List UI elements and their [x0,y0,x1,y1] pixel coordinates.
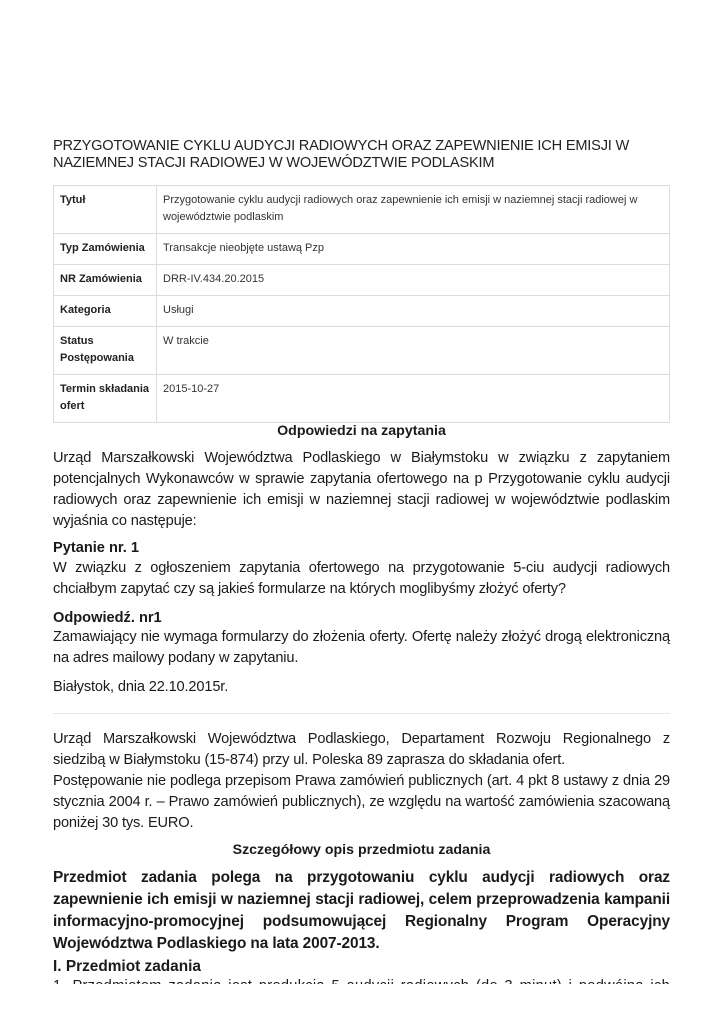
section-1-item-1-clipped: 1. Przedmiotem zadania jest produkcja 5 … [53,976,670,984]
row-value-order-type: Transakcje nieobjęte ustawą Pzp [157,234,670,265]
place-date: Białystok, dnia 22.10.2015r. [53,677,670,698]
answers-intro: Urząd Marszałkowski Województwa Podlaski… [53,448,670,532]
row-label-deadline: Termin składania ofert [54,375,157,423]
section-1-heading: I. Przedmiot zadania [53,958,201,976]
invitation-paragraph-2: Postępowanie nie podlega przepisom Prawa… [53,771,670,834]
row-label-category: Kategoria [54,296,157,327]
description-heading: Szczegółowy opis przedmiotu zadania [53,842,670,858]
table-row: Kategoria Usługi [54,296,670,327]
section-1-item-1-text: 1. Przedmiotem zadania jest produkcja 5 … [53,976,670,984]
row-label-title: Tytuł [54,186,157,234]
table-row: Tytuł Przygotowanie cyklu audycji radiow… [54,186,670,234]
section-divider [53,713,670,714]
table-row: Status Postępowania W trakcie [54,327,670,375]
question-text: W związku z ogłoszeniem zapytania oferto… [53,558,670,600]
answer-label: Odpowiedź. nr1 [53,610,162,626]
row-value-order-number: DRR-IV.434.20.2015 [157,265,670,296]
row-label-order-type: Typ Zamówienia [54,234,157,265]
row-value-category: Usługi [157,296,670,327]
row-label-order-number: NR Zamówienia [54,265,157,296]
answer-text: Zamawiający nie wymaga formularzy do zło… [53,627,670,669]
table-row: Typ Zamówienia Transakcje nieobjęte usta… [54,234,670,265]
document-title: PRZYGOTOWANIE CYKLU AUDYCJI RADIOWYCH OR… [53,138,670,172]
answers-heading: Odpowiedzi na zapytania [53,423,670,439]
question-label: Pytanie nr. 1 [53,540,139,556]
row-value-status: W trakcie [157,327,670,375]
procurement-details-table: Tytuł Przygotowanie cyklu audycji radiow… [53,185,670,423]
table-row: Termin składania ofert 2015-10-27 [54,375,670,423]
invitation-paragraph-1: Urząd Marszałkowski Województwa Podlaski… [53,729,670,771]
description-lead: Przedmiot zadania polega na przygotowani… [53,867,670,955]
row-value-deadline: 2015-10-27 [157,375,670,423]
row-label-status: Status Postępowania [54,327,157,375]
table-row: NR Zamówienia DRR-IV.434.20.2015 [54,265,670,296]
row-value-title: Przygotowanie cyklu audycji radiowych or… [157,186,670,234]
